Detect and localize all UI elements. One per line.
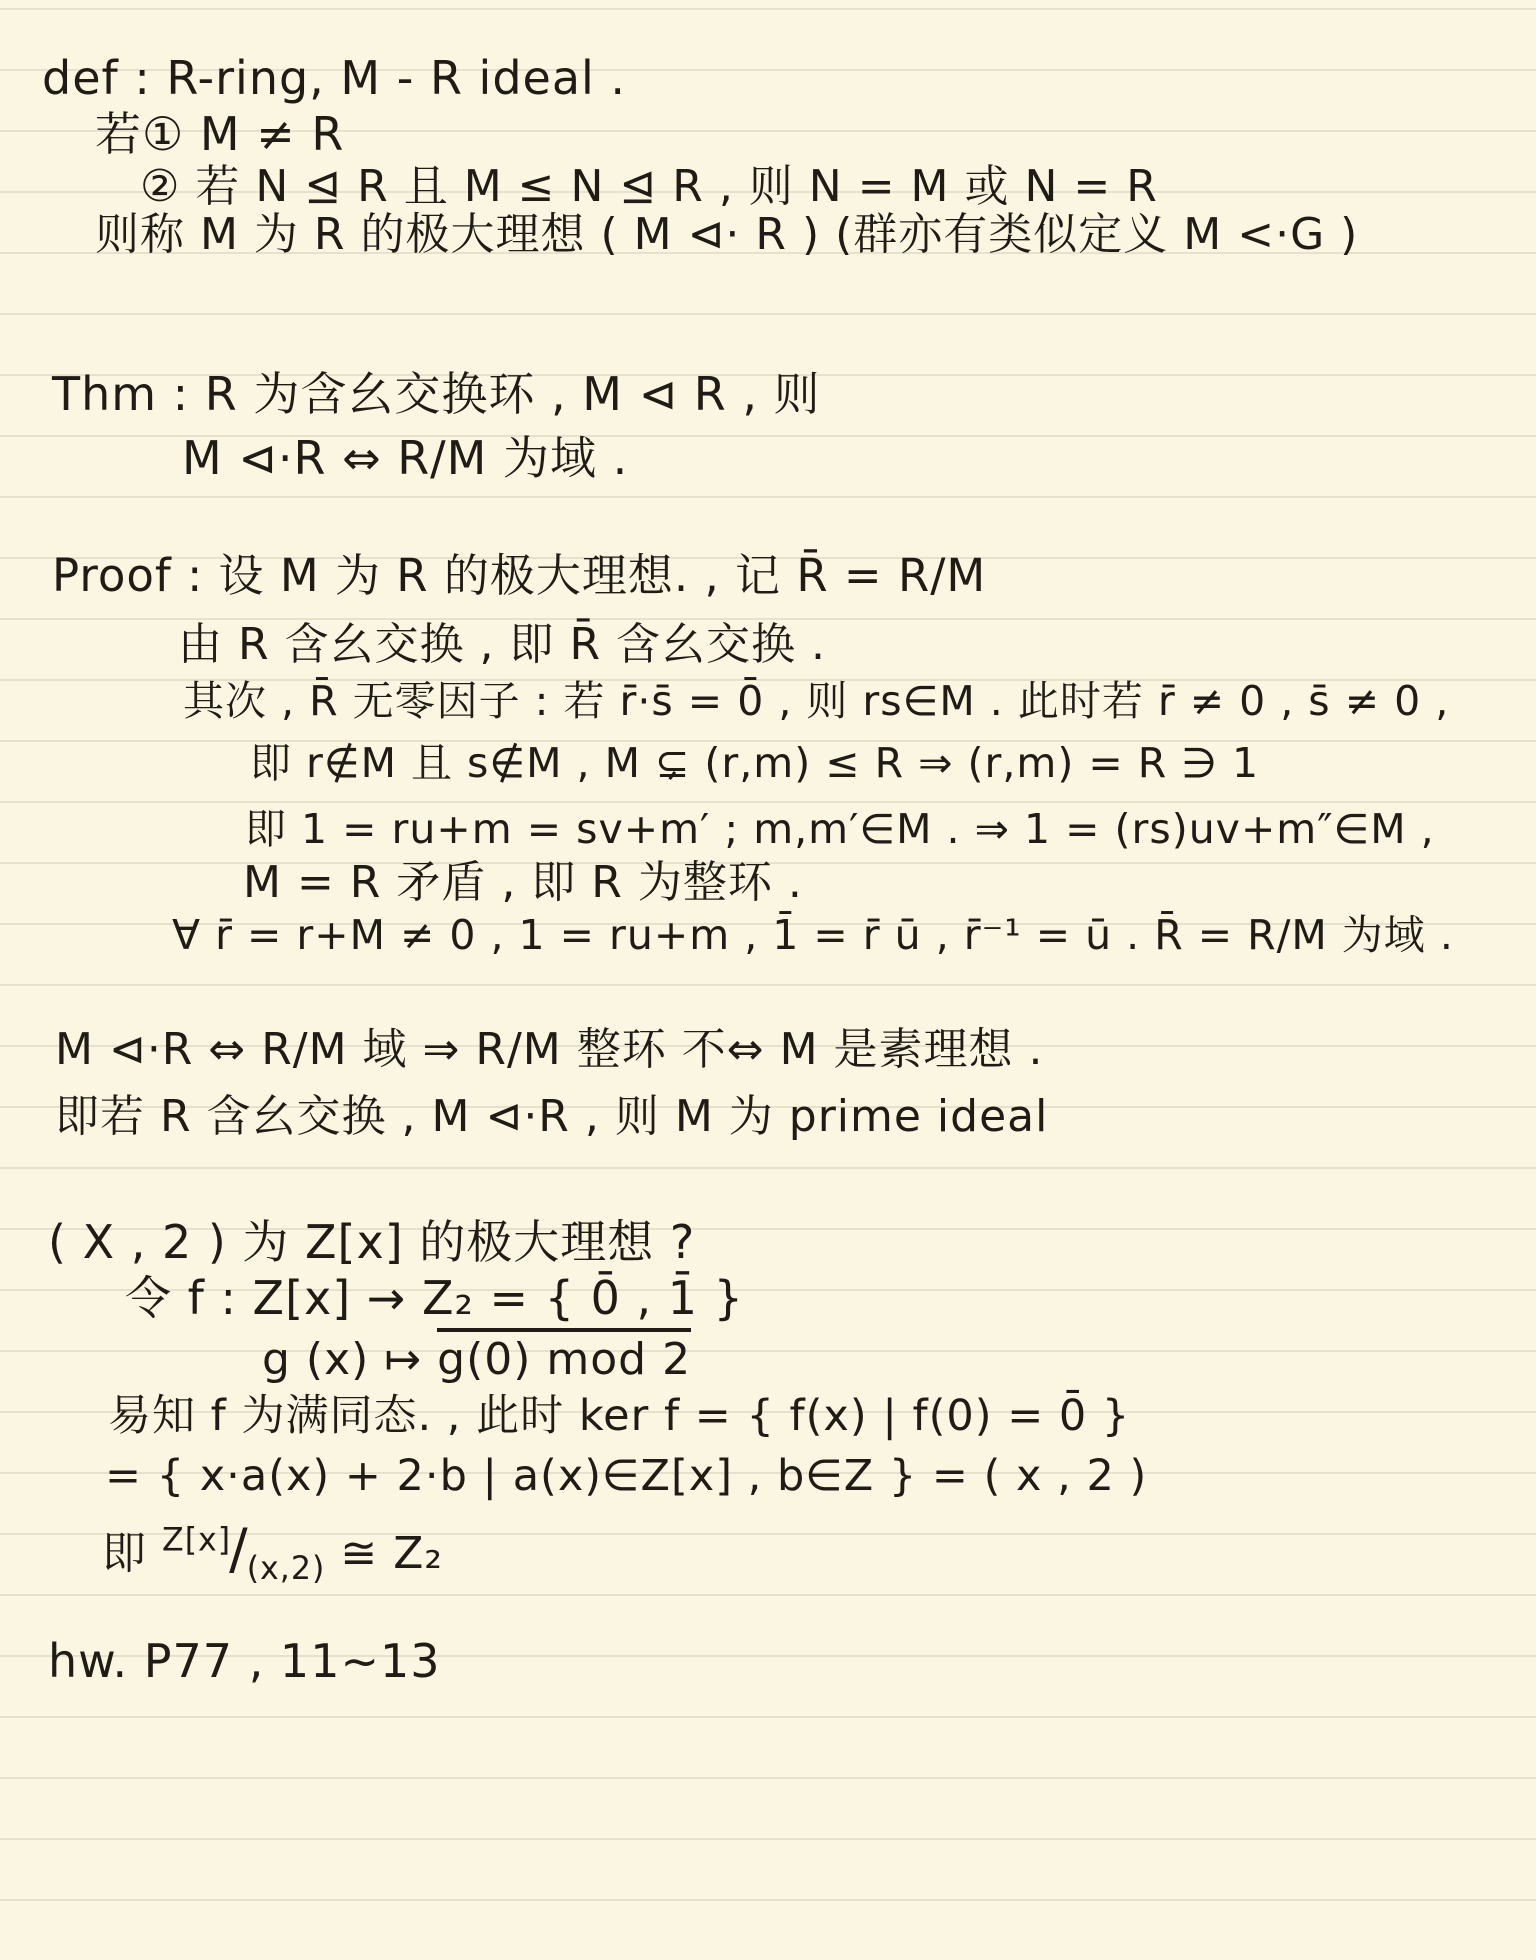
proof-line-5: 即 1 = ru+m = sv+m′ ; m,m′∈M . ⇒ 1 = (rs)… xyxy=(245,806,1435,853)
example-map-rule-line: g (x) ↦ g(0) mod 2 xyxy=(262,1335,691,1386)
example-isomorphism-line: 即 Z[x]/(x,2) ≅ Z₂ xyxy=(102,1518,443,1588)
proof-line-3: 其次 , R̄ 无零因子 : 若 r̄·s̄ = 0̄ , 则 rs∈M . 此… xyxy=(183,678,1449,725)
map-rhs-overlined: g(0) mod 2 xyxy=(437,1328,691,1385)
corollary-line-2: 即若 R 含幺交换 , M ⊲·R , 则 M 为 prime ideal xyxy=(55,1092,1048,1143)
notebook-page: def : R-ring, M - R ideal . 若① M ≠ R ② 若… xyxy=(0,0,1536,1960)
map-lhs: g (x) ↦ xyxy=(262,1334,437,1385)
iso-numerator: Z[x] xyxy=(162,1523,231,1559)
theorem-line-2: M ⊲·R ⇔ R/M 为域 . xyxy=(182,432,628,485)
definition-line-2: 若① M ≠ R xyxy=(95,108,344,161)
proof-line-4: 即 r∉M 且 s∉M , M ⊊ (r,m) ≤ R ⇒ (r,m) = R … xyxy=(250,740,1259,787)
example-question-line: ( X , 2 ) 为 Z[x] 的极大理想 ? xyxy=(48,1216,695,1269)
proof-line-2: 由 R 含幺交换 , 即 R̄ 含幺交换 . xyxy=(178,620,826,671)
homework-line: hw. P77 , 11~13 xyxy=(48,1635,441,1688)
iso-prefix: 即 xyxy=(102,1528,162,1579)
definition-line-3: ② 若 N ⊴ R 且 M ≤ N ⊴ R , 则 N = M 或 N = R xyxy=(140,162,1158,213)
example-map-def-line: 令 f : Z[x] → Z₂ = { 0̄ , 1̄ } xyxy=(125,1272,744,1325)
example-kernel-line-1: 易知 f 为满同态. , 此时 ker f = { f(x) | f(0) = … xyxy=(108,1392,1130,1441)
definition-line-1: def : R-ring, M - R ideal . xyxy=(42,52,626,105)
iso-result: ≅ Z₂ xyxy=(325,1528,443,1579)
theorem-line-1: Thm : R 为含幺交换环 , M ⊲ R , 则 xyxy=(52,368,821,421)
proof-line-1: Proof : 设 M 为 R 的极大理想. , 记 R̄ = R/M xyxy=(52,550,986,602)
corollary-line-1: M ⊲·R ⇔ R/M 域 ⇒ R/M 整环 不⇔ M 是素理想 . xyxy=(55,1025,1044,1076)
proof-line-7: ∀ r̄ = r+M ≠ 0 , 1 = ru+m , 1̄ = r̄ ū , … xyxy=(172,912,1454,959)
iso-denominator: (x,2) xyxy=(247,1551,326,1587)
definition-line-4: 则称 M 为 R 的极大理想 ( M ⊲· R ) (群亦有类似定义 M <·G… xyxy=(95,210,1358,261)
proof-line-6: M = R 矛盾 , 即 R 为整环 . xyxy=(243,858,803,909)
example-kernel-line-2: = { x·a(x) + 2·b | a(x)∈Z[x] , b∈Z } = (… xyxy=(105,1452,1147,1501)
